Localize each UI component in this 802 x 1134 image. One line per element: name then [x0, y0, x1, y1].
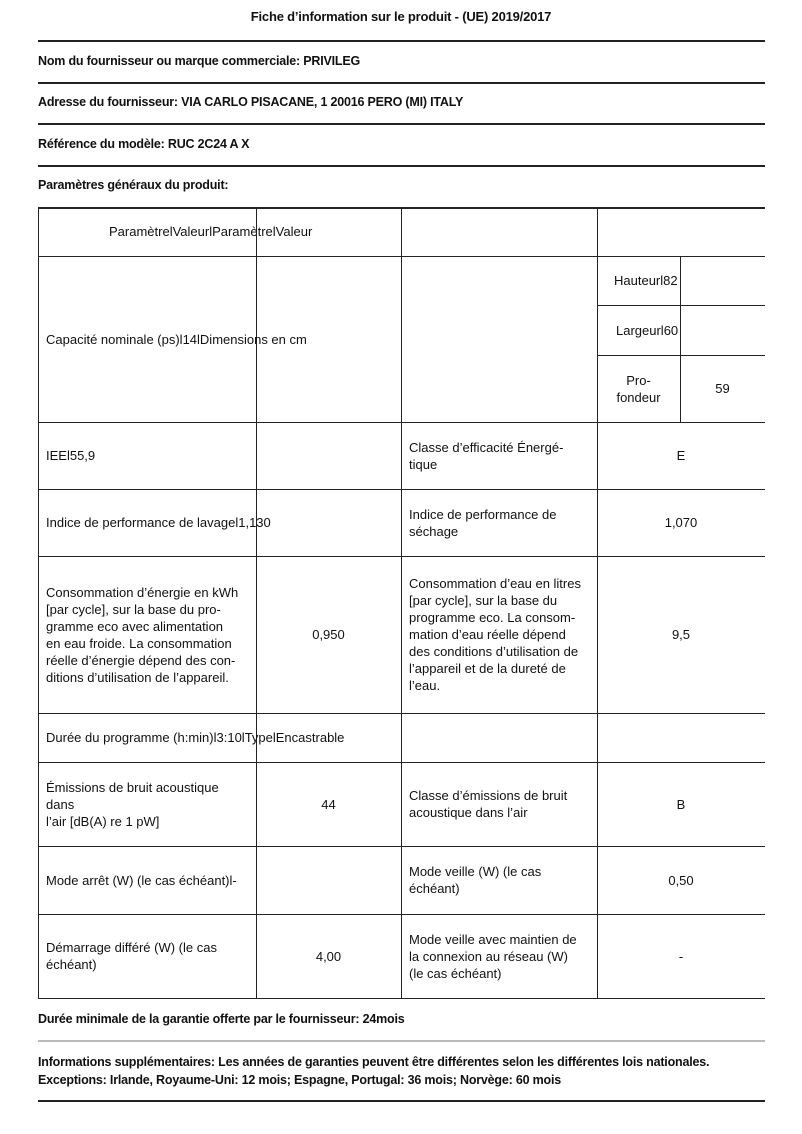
divider [38, 82, 765, 84]
divider [38, 40, 765, 42]
param-label: Consommation d’énergie en kWh [par cycle… [38, 556, 256, 713]
additional-info: Informations supplémentaires: Les années… [38, 1053, 768, 1089]
dimension-depth-value: 59 [680, 355, 765, 422]
param-label: Mode arrêt (W) (le cas échéant)l- [38, 846, 256, 914]
param-value: E [597, 422, 765, 489]
general-params-heading: Paramètres généraux du produit: [38, 178, 228, 192]
param-value: 4,00 [256, 914, 401, 998]
supplier-address: Adresse du fournisseur: VIA CARLO PISACA… [38, 95, 463, 109]
param-value [597, 713, 765, 762]
capacity-row: Capacité nominale (ps)l14lDimensions en … [38, 256, 401, 422]
warranty-duration: Durée minimale de la garantie offerte pa… [38, 1012, 405, 1026]
divider [38, 1100, 765, 1102]
dimension-height: Hauteurl82 [614, 256, 714, 305]
param-label: Indice de performance de séchage [401, 489, 597, 556]
param-value: 44 [256, 762, 401, 846]
param-label: Classe d’efficacité Énergé- tique [401, 422, 597, 489]
param-label: Mode veille avec maintien de la connexio… [401, 914, 597, 998]
param-label: Démarrage différé (W) (le cas échéant) [38, 914, 256, 998]
param-value: B [597, 762, 765, 846]
dimension-width: Largeurl60 [616, 305, 716, 355]
param-label: Consommation d’eau en litres [par cycle]… [401, 556, 597, 713]
divider [38, 165, 765, 167]
model-reference: Référence du modèle: RUC 2C24 A X [38, 137, 249, 151]
dimension-depth-label: Pro- fondeur [597, 355, 680, 422]
document-title: Fiche d’information sur le produit - (UE… [0, 9, 802, 24]
table-header: ParamètrelValeurlParamètrelValeur [38, 207, 401, 256]
param-value [256, 846, 401, 914]
param-label [401, 713, 597, 762]
param-value: 0,50 [597, 846, 765, 914]
param-value: 0,950 [256, 556, 401, 713]
param-value [256, 713, 401, 762]
param-value [256, 489, 401, 556]
param-label: Durée du programme (h:min)l3:10lTypelEnc… [38, 713, 256, 762]
param-value: 9,5 [597, 556, 765, 713]
param-value [256, 422, 401, 489]
divider [38, 1040, 765, 1042]
product-parameters-table: ParamètrelValeurlParamètrelValeur Capaci… [38, 207, 765, 1000]
param-label: IEEl55,9 [38, 422, 256, 489]
supplier-name: Nom du fournisseur ou marque commerciale… [38, 54, 360, 68]
param-label: Indice de performance de lavagel1,130 [38, 489, 256, 556]
divider [38, 123, 765, 125]
param-value: - [597, 914, 765, 998]
param-label: Classe d’émissions de bruit acoustique d… [401, 762, 597, 846]
param-label: Mode veille (W) (le cas échéant) [401, 846, 597, 914]
param-value: 1,070 [597, 489, 765, 556]
param-label: Émissions de bruit acoustique dans l’air… [38, 762, 256, 846]
